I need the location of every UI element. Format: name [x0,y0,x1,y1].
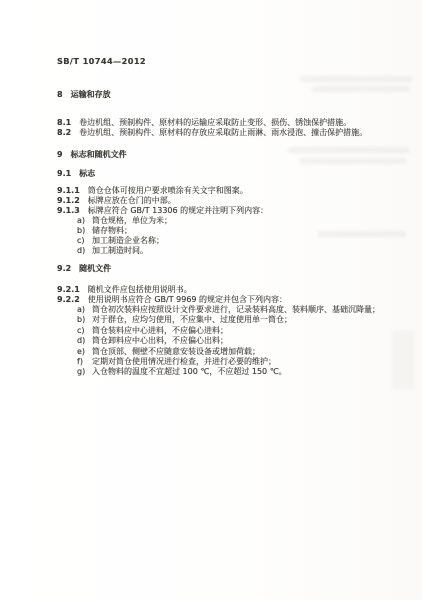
list-item: b)储存物料； [77,226,394,236]
list-item: d)加工制造时间。 [77,246,394,256]
list-item-label: f) [77,357,90,367]
list-item-label: c) [77,236,90,246]
list-item-label: b) [77,315,90,325]
section-8-heading: 8运输和存放 [57,90,394,100]
clause-number: 8.2 [57,128,71,138]
standard-code: SB/T 10744—2012 [57,56,394,66]
clause-number: 9.1.3 [57,206,80,216]
section-title: 运输和存放 [71,90,111,99]
document-page: SB/T 10744—2012 8运输和存放 8.1卷边机组、预制构件、原材料的… [0,0,422,600]
clause-text: 卷边机组、预制构件、原材料的存放应采取防止雨淋、雨水浸泡、撞击保护措施。 [79,128,367,137]
section-number: 9 [57,150,63,160]
list-item-label: e) [77,347,90,357]
list-item: f)定期对筒仓使用情况进行检查，并进行必要的维护； [77,357,394,367]
list-item: c)加工制造企业名称； [77,236,394,246]
list-item-label: d) [77,336,90,346]
clause-number: 9.1.2 [57,196,80,206]
section-title: 随机文件 [79,264,111,273]
scan-artifact [392,330,414,390]
list-item-label: c) [77,326,90,336]
list-item-text: 筒仓规格，单位为米； [92,216,172,225]
list-item: d)筒仓卸料应中心出料，不应偏心出料； [77,336,394,346]
clause-8-1: 8.1卷边机组、预制构件、原材料的运输应采取防止变形、损伤、锈蚀保护措施。 [57,118,394,128]
list-item-text: 对于群仓，应均匀使用，不应集中、过度使用单一筒仓； [92,315,292,324]
section-title: 标志 [79,169,95,178]
clause-text: 随机文件应包括使用说明书。 [88,285,192,294]
list-item: b)对于群仓，应均匀使用，不应集中、过度使用单一筒仓； [77,315,394,325]
clause-8-2: 8.2卷边机组、预制构件、原材料的存放应采取防止雨淋、雨水浸泡、撞击保护措施。 [57,128,394,138]
list-item-text: 筒仓装料应中心进料，不应偏心进料； [92,326,228,335]
clause-number: 8.1 [57,118,71,128]
clause-9-2-2: 9.2.2使用说明书应符合 GB/T 9969 的规定并包含下列内容： [57,295,394,305]
list-item-label: a) [77,305,90,315]
clause-text: 卷边机组、预制构件、原材料的运输应采取防止变形、损伤、锈蚀保护措施。 [79,118,351,127]
list-item-text: 筒仓初次装料应按照设计文件要求进行，记录装料高度、装料顺序、基础沉降量； [92,305,380,314]
list-item-label: b) [77,226,90,236]
list-item: g)入仓物料的温度不宜超过 100 ℃，不应超过 150 ℃。 [77,367,394,377]
clause-text: 筒仓仓体可按用户要求喷涂有关文字和图案。 [88,186,248,195]
list-item-text: 加工制造企业名称； [92,236,164,245]
section-number: 9.2 [57,264,71,274]
clause-9-1-3: 9.1.3标牌应符合 GB/T 13306 的规定并注明下列内容： [57,206,394,216]
list-item-text: 筒仓卸料应中心出料，不应偏心出料； [92,336,228,345]
clause-9-2-1: 9.2.1随机文件应包括使用说明书。 [57,285,394,295]
list-item: a)筒仓规格，单位为米； [77,216,394,226]
clause-number: 9.2.2 [57,295,80,305]
clause-9-1-2: 9.1.2标牌应放在仓门的中部。 [57,196,394,206]
list-item-text: 筒仓顶部、侧壁不应随意安装设备或增加荷载； [92,347,260,356]
list-item: c)筒仓装料应中心进料，不应偏心进料； [77,326,394,336]
clause-text: 使用说明书应符合 GB/T 9969 的规定并包含下列内容： [88,295,287,304]
list-item-label: a) [77,216,90,226]
section-title: 标志和随机文件 [71,150,127,159]
list-item-text: 储存物料； [92,226,132,235]
list-9-2-2: a)筒仓初次装料应按照设计文件要求进行，记录装料高度、装料顺序、基础沉降量； b… [57,305,394,378]
list-9-1-3: a)筒仓规格，单位为米； b)储存物料； c)加工制造企业名称； d)加工制造时… [57,216,394,256]
list-item-text: 加工制造时间。 [92,246,148,255]
clause-text: 标牌应符合 GB/T 13306 的规定并注明下列内容： [88,206,268,215]
page-content: SB/T 10744—2012 8运输和存放 8.1卷边机组、预制构件、原材料的… [57,56,394,378]
clause-9-1-1: 9.1.1筒仓仓体可按用户要求喷涂有关文字和图案。 [57,186,394,196]
clause-number: 9.2.1 [57,285,80,295]
section-9-heading: 9标志和随机文件 [57,150,394,160]
list-item-text: 入仓物料的温度不宜超过 100 ℃，不应超过 150 ℃。 [92,367,287,376]
section-number: 9.1 [57,169,71,179]
list-item: a)筒仓初次装料应按照设计文件要求进行，记录装料高度、装料顺序、基础沉降量； [77,305,394,315]
list-item-text: 定期对筒仓使用情况进行检查，并进行必要的维护； [92,357,276,366]
list-item-label: g) [77,367,90,377]
section-number: 8 [57,90,63,100]
section-9-2-heading: 9.2随机文件 [57,264,394,274]
clause-text: 标牌应放在仓门的中部。 [88,196,176,205]
list-item-label: d) [77,246,90,256]
clause-number: 9.1.1 [57,186,80,196]
list-item: e)筒仓顶部、侧壁不应随意安装设备或增加荷载； [77,347,394,357]
section-9-1-heading: 9.1标志 [57,169,394,179]
